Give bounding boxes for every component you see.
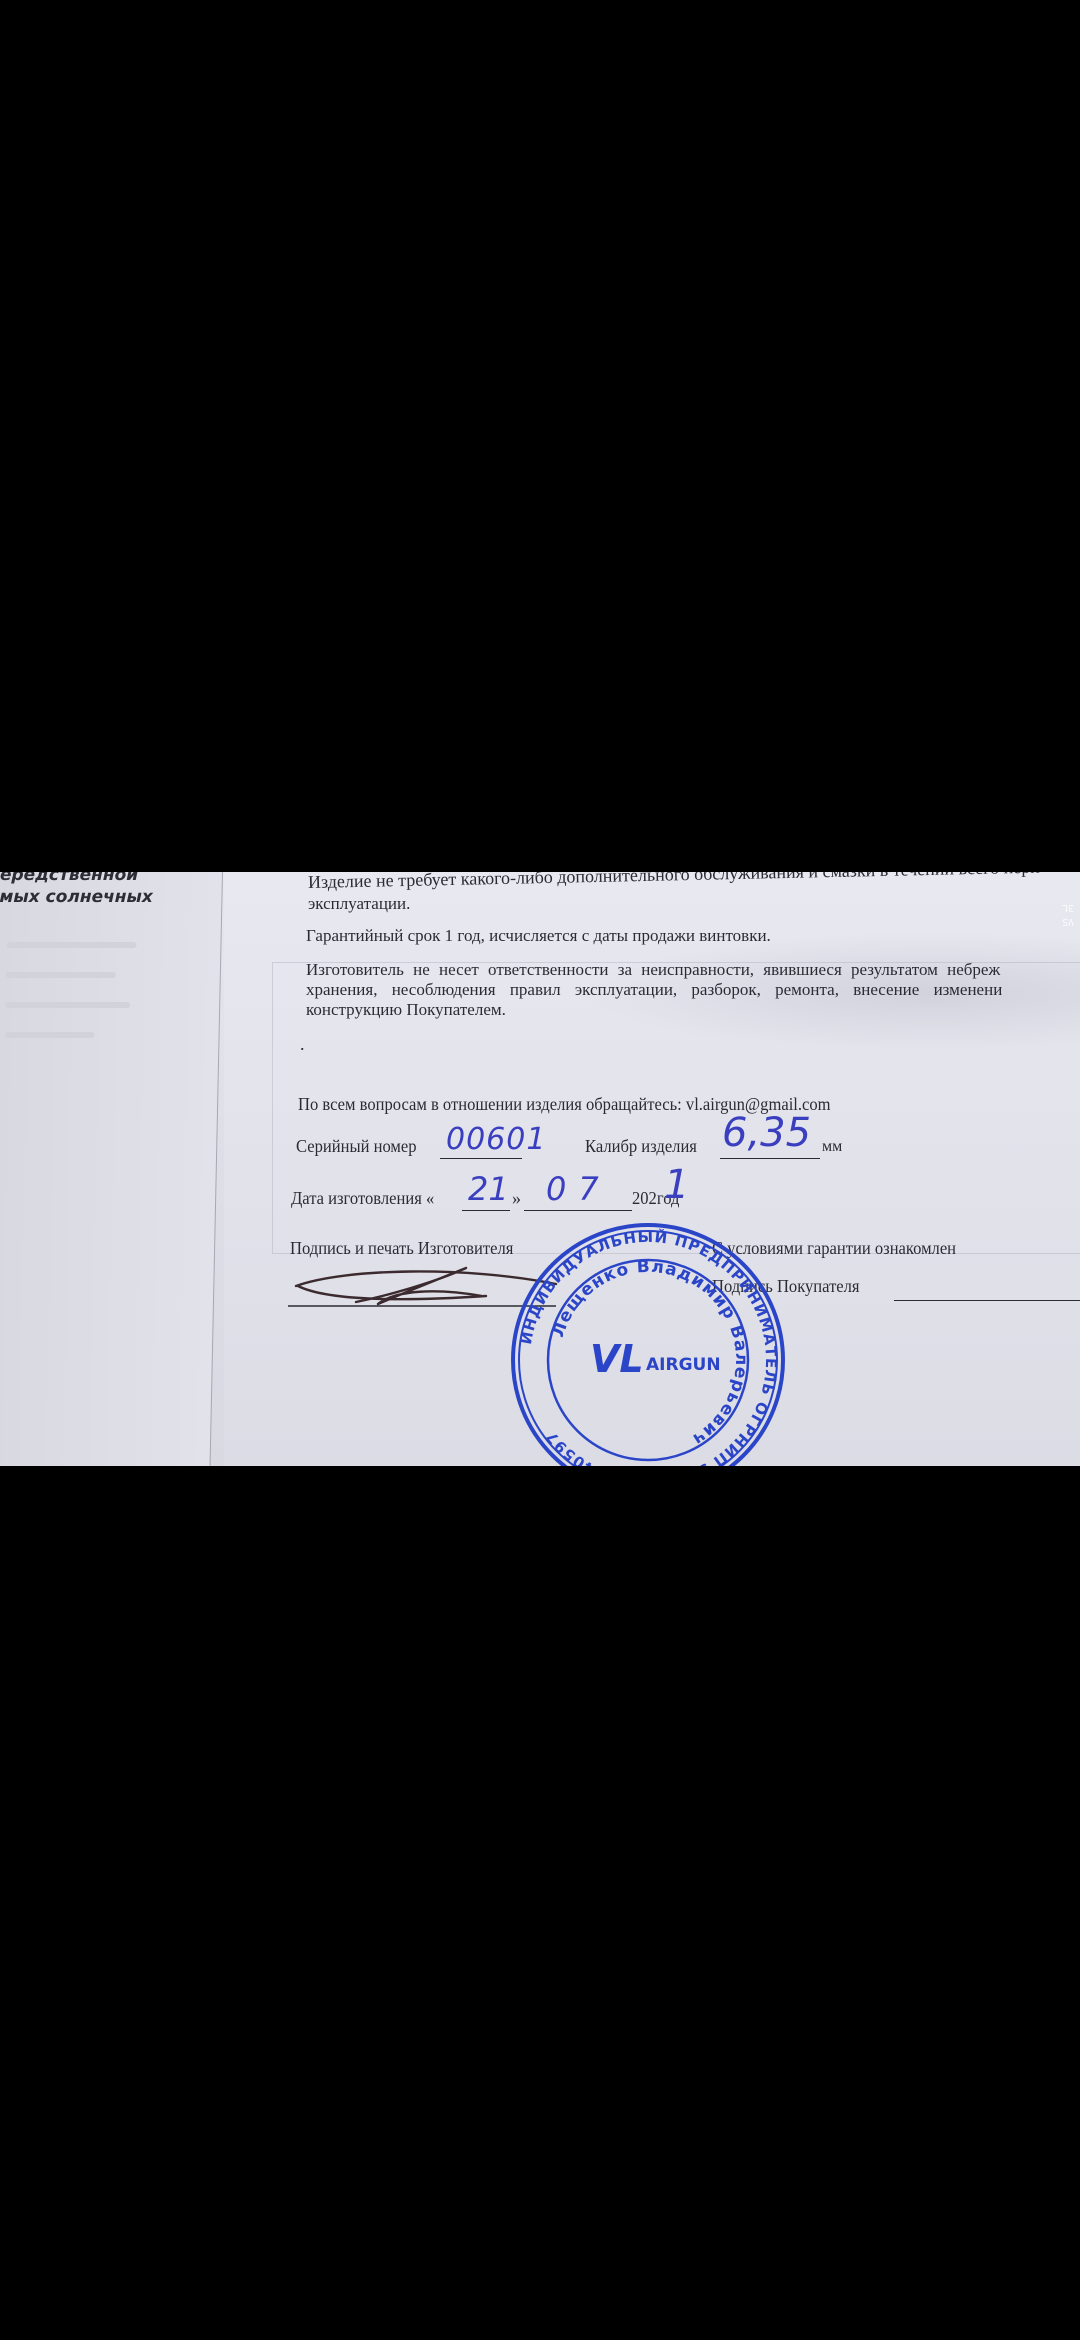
date-month: 07 [546, 1170, 611, 1208]
overlay-hint-line: VS [1062, 914, 1074, 928]
serial-blank [440, 1158, 522, 1159]
liability-line-3: конструкцию Покупателем. [306, 1000, 506, 1020]
faded-text [5, 1032, 95, 1038]
svg-text:Лещенко Владимир Валерьевич: Лещенко Владимир Валерьевич [548, 1257, 751, 1450]
maker-signature-label: Подпись и печать Изготовителя [290, 1238, 513, 1259]
caliber-unit: мм [822, 1138, 842, 1156]
company-stamp: ИНДИВИДУАЛЬНЫЙ ПРЕДПРИНИМАТЕЛЬ ОГРНИП 31… [508, 1220, 788, 1466]
stamp-logo-text: AIRGUN [646, 1355, 721, 1375]
buyer-signature-blank[interactable] [894, 1300, 1080, 1301]
document-photo: ередственной мых солнечных Изделие не тр… [0, 872, 1080, 1466]
left-page-line: ередственной [0, 872, 154, 886]
warranty-term: Гарантийный срок 1 год, исчисляется с да… [306, 926, 771, 946]
date-year-digit: 1 [664, 1162, 689, 1208]
liability-line-1: Изготовитель не несет ответственности за… [306, 960, 1000, 980]
date-day-blank [462, 1210, 510, 1211]
faded-text [6, 942, 136, 948]
service-text-cont: эксплуатации. [308, 894, 410, 914]
date-year-prefix: 202 [632, 1188, 657, 1208]
stray-dot: . [300, 1034, 305, 1055]
left-page: ередственной мых солнечных [0, 872, 223, 1466]
caliber-blank [720, 1158, 820, 1159]
caliber-value: 6,35 [722, 1110, 811, 1156]
date-day: 21 [468, 1170, 509, 1208]
serial-label: Серийный номер [296, 1136, 417, 1157]
date-close-quote: » [512, 1188, 521, 1209]
date-label: Дата изготовления « [291, 1188, 434, 1209]
faded-text [5, 1002, 130, 1008]
serial-value: 00601 [446, 1122, 546, 1157]
left-page-line: мых солнечных [0, 886, 153, 908]
stamp-inner-text: Лещенко Владимир Валерьевич [548, 1257, 751, 1450]
contact-label: По всем вопросам в отношении изделия обр… [298, 1094, 682, 1114]
left-page-text: ередственной мых солнечных [0, 872, 154, 908]
overlay-hint: VS 3L [1062, 900, 1074, 928]
overlay-hint-line: 3L [1062, 900, 1074, 914]
liability-line-2: хранения, несоблюдения правил эксплуатац… [306, 980, 1002, 1000]
stamp-logo-mark: VL [590, 1337, 644, 1381]
faded-text [6, 972, 116, 978]
caliber-label: Калибр изделия [585, 1136, 697, 1157]
date-month-blank [524, 1210, 632, 1211]
